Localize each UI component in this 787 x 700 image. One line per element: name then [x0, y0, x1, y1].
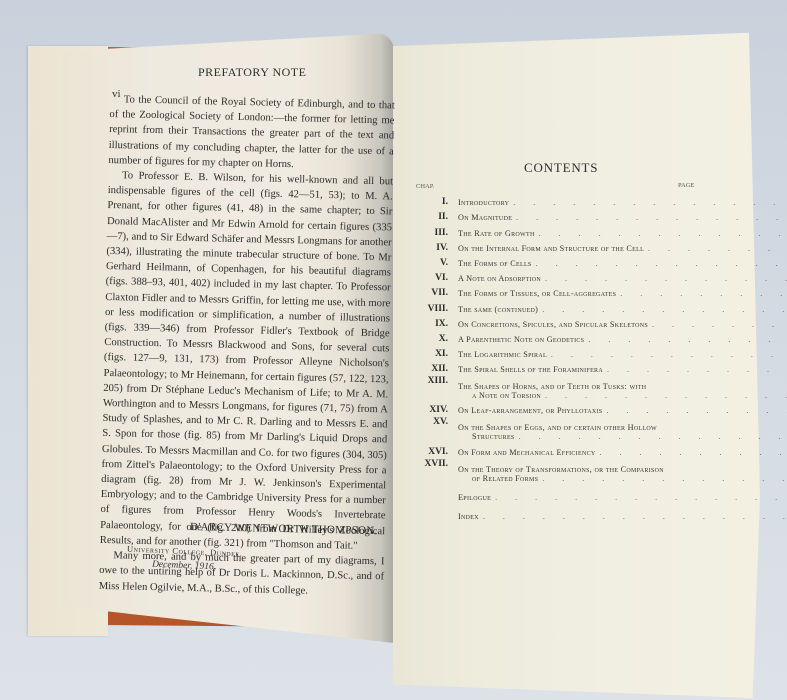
toc-entry: IX. On Concretions, Spicules, and Spicul…: [412, 314, 708, 329]
chapter-title: The Spiral Shells of the Foraminifera: [458, 365, 603, 374]
contents-title: CONTENTS: [524, 160, 598, 176]
chapter-number: VII.: [412, 288, 458, 298]
leader-dots: . . . . . . . . . . . . . . . . . . . . …: [515, 432, 787, 441]
leader-dots: . . . . . . . . . . . . . . . . . . . . …: [509, 198, 787, 207]
chapter-title: Index: [458, 512, 479, 521]
leader-dots: . . . . . . . . . . . . . . . . . . . . …: [644, 244, 787, 253]
table-of-contents: I. Introductory. . . . . . . . . . . . .…: [412, 192, 708, 521]
leader-dots: . . . . . . . . . . . . . . . . . . . . …: [584, 335, 787, 344]
toc-entry-index: . Index. . . . . . . . . . . . . . . . .…: [412, 506, 708, 521]
chapter-title: The Forms of Cells: [458, 259, 532, 268]
leader-dots: . . . . . . . . . . . . . . . . . . . . …: [547, 350, 787, 359]
chapter-number: III.: [412, 228, 458, 238]
chapter-number: I.: [412, 197, 458, 207]
chapter-title: On Leaf-arrangement, or Phyllotaxis: [458, 406, 602, 415]
leader-dots: . . . . . . . . . . . . . . . . . . . . …: [541, 391, 787, 400]
chapter-title: Introductory: [458, 198, 509, 207]
chapter-number: XII.: [412, 364, 458, 374]
chapter-number: .: [412, 492, 458, 502]
leader-dots: . . . . . . . . . . . . . . . . . . . . …: [538, 305, 787, 314]
chapter-title-continued: of Related Forms: [458, 474, 538, 483]
chapter-number: VIII.: [412, 304, 458, 314]
toc-entry: X. A Parenthetic Note on Geodetics. . . …: [412, 329, 708, 344]
leader-dots: . . . . . . . . . . . . . . . . . . . . …: [538, 474, 787, 483]
chapter-title: The Rate of Growth: [458, 229, 535, 238]
chapter-title: On Form and Mechanical Efficiency: [458, 448, 596, 457]
chapter-number: X.: [412, 334, 458, 344]
toc-entry: II. On Magnitude. . . . . . . . . . . . …: [412, 207, 708, 222]
chapter-title: A Parenthetic Note on Geodetics: [458, 335, 584, 344]
toc-page-header: PAGE: [678, 182, 694, 189]
toc-entry-epilogue: . Epilogue. . . . . . . . . . . . . . . …: [412, 487, 708, 502]
chapter-title: On the Internal Form and Structure of th…: [458, 244, 644, 253]
leader-dots: . . . . . . . . . . . . . . . . . . . . …: [512, 213, 787, 222]
chapter-title: The Forms of Tissues, or Cell-aggregates: [458, 289, 616, 298]
chapter-title-continued: a Note on Torsion: [458, 391, 541, 400]
leader-dots: . . . . . . . . . . . . . . . . . . . . …: [616, 289, 787, 298]
toc-entry: XII. The Spiral Shells of the Foraminife…: [412, 359, 708, 374]
chapter-number: V.: [412, 258, 458, 268]
leader-dots: . . . . . . . . . . . . . . . . . . . . …: [648, 320, 787, 329]
chapter-title: On Concretions, Spicules, and Spicular S…: [458, 320, 648, 329]
toc-chap-header: CHAP.: [416, 183, 434, 190]
preface-paragraph: To the Council of the Royal Society of E…: [108, 92, 395, 174]
chapter-number: IV.: [412, 243, 458, 253]
toc-entry: VIII. The same (continued). . . . . . . …: [412, 298, 708, 313]
leader-dots: . . . . . . . . . . . . . . . . . . . . …: [535, 229, 787, 238]
chapter-number: XVI.: [412, 447, 458, 457]
chapter-title: The Shapes of Horns, and of Teeth or Tus…: [458, 382, 646, 391]
toc-entry: V. The Forms of Cells. . . . . . . . . .…: [412, 253, 708, 268]
leader-dots: . . . . . . . . . . . . . . . . . . . . …: [532, 259, 787, 268]
toc-entry: I. Introductory. . . . . . . . . . . . .…: [412, 192, 708, 207]
chapter-number: XIII.: [412, 374, 458, 386]
chapter-title: A Note on Adsorption: [458, 274, 541, 283]
chapter-title: Epilogue: [458, 493, 491, 502]
toc-entry: XI. The Logarithmic Spiral. . . . . . . …: [412, 344, 708, 359]
toc-entry: XIII. The Shapes of Horns, and of Teeth …: [412, 374, 708, 400]
leader-dots: . . . . . . . . . . . . . . . . . . . . …: [596, 448, 787, 457]
chapter-title-continued: Structures: [458, 432, 515, 441]
chapter-title: The same (continued): [458, 305, 538, 314]
chapter-number: VI.: [412, 273, 458, 283]
chapter-number: XIV.: [412, 405, 458, 415]
chapter-number: XVII.: [412, 457, 458, 469]
toc-entry: XVII. On the Theory of Transformations, …: [412, 457, 708, 483]
chapter-title: On Magnitude: [458, 213, 512, 222]
toc-entry: III. The Rate of Growth. . . . . . . . .…: [412, 222, 708, 237]
leader-dots: . . . . . . . . . . . . . . . . . . . . …: [479, 512, 787, 521]
toc-entry: XIV. On Leaf-arrangement, or Phyllotaxis…: [412, 400, 708, 415]
chapter-title: The Logarithmic Spiral: [458, 350, 547, 359]
chapter-title: On the Theory of Transformations, or the…: [458, 465, 664, 474]
chapter-number: IX.: [412, 319, 458, 329]
toc-entry: VII. The Forms of Tissues, or Cell-aggre…: [412, 283, 708, 298]
toc-entry: XV. On the Shapes of Eggs, and of certai…: [412, 415, 708, 441]
leader-dots: . . . . . . . . . . . . . . . . . . . . …: [602, 406, 787, 415]
preface-paragraph: To Professor E. B. Wilson, for his well-…: [100, 168, 394, 554]
toc-entry: VI. A Note on Adsorption. . . . . . . . …: [412, 268, 708, 283]
chapter-number: XV.: [412, 415, 458, 427]
leader-dots: . . . . . . . . . . . . . . . . . . . . …: [603, 365, 787, 374]
chapter-number: XI.: [412, 349, 458, 359]
chapter-number: .: [412, 511, 458, 521]
chapter-title: On the Shapes of Eggs, and of certain ot…: [458, 423, 657, 432]
leader-dots: . . . . . . . . . . . . . . . . . . . . …: [491, 493, 787, 502]
toc-entry: XVI. On Form and Mechanical Efficiency. …: [412, 441, 708, 456]
toc-entry: IV. On the Internal Form and Structure o…: [412, 238, 708, 253]
chapter-number: II.: [412, 212, 458, 222]
leader-dots: . . . . . . . . . . . . . . . . . . . . …: [541, 274, 787, 283]
page-title: PREFATORY NOTE: [198, 65, 306, 80]
